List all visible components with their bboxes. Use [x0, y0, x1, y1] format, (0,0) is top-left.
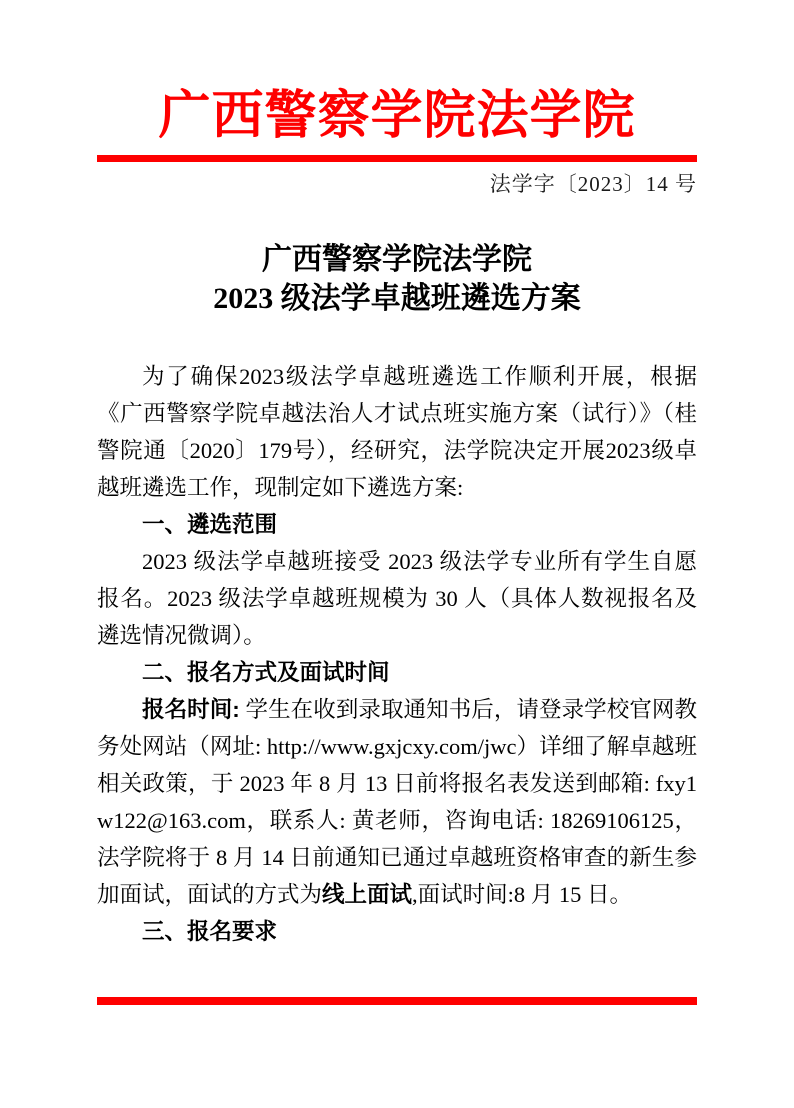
document-body: 为了确保2023级法学卓越班遴选工作顺利开展，根据《广西警察学院卓越法治人才试点…: [97, 358, 697, 950]
document-title-line1: 广西警察学院法学院: [262, 243, 532, 276]
footer-divider-bottom: [97, 997, 697, 1005]
online-interview-emphasis: 线上面试: [322, 882, 412, 907]
section3-heading: 三、报名要求: [97, 913, 697, 950]
registration-time-label: 报名时间:: [142, 697, 240, 722]
section1-paragraph: 2023 级法学卓越班接受 2023 级法学专业所有学生自愿报名。2023 级法…: [97, 543, 697, 654]
section1-heading: 一、遴选范围: [97, 506, 697, 543]
section2-heading: 二、报名方式及面试时间: [97, 654, 697, 691]
letterhead-divider-top: [97, 155, 697, 162]
section2-text-run-tail: ,面试时间:8 月 15 日。: [412, 882, 632, 907]
document-title: 广西警察学院法学院2023 级法学卓越班遴选方案: [97, 240, 697, 318]
letterhead-org-name: 广西警察学院法学院: [97, 87, 697, 147]
document-page: 广西警察学院法学院 法学字〔2023〕14 号 广西警察学院法学院2023 级法…: [0, 0, 794, 1108]
section2-paragraph: 报名时间: 学生在收到录取通知书后，请登录学校官网教务处网站（网址: http:…: [97, 691, 697, 913]
intro-paragraph: 为了确保2023级法学卓越班遴选工作顺利开展，根据《广西警察学院卓越法治人才试点…: [97, 358, 697, 506]
section2-text-run: 学生在收到录取通知书后，请登录学校官网教务处网站（网址: http://www.…: [97, 697, 697, 907]
doc-number: 法学字〔2023〕14 号: [97, 173, 697, 196]
document-title-line2: 2023 级法学卓越班遴选方案: [213, 282, 581, 315]
